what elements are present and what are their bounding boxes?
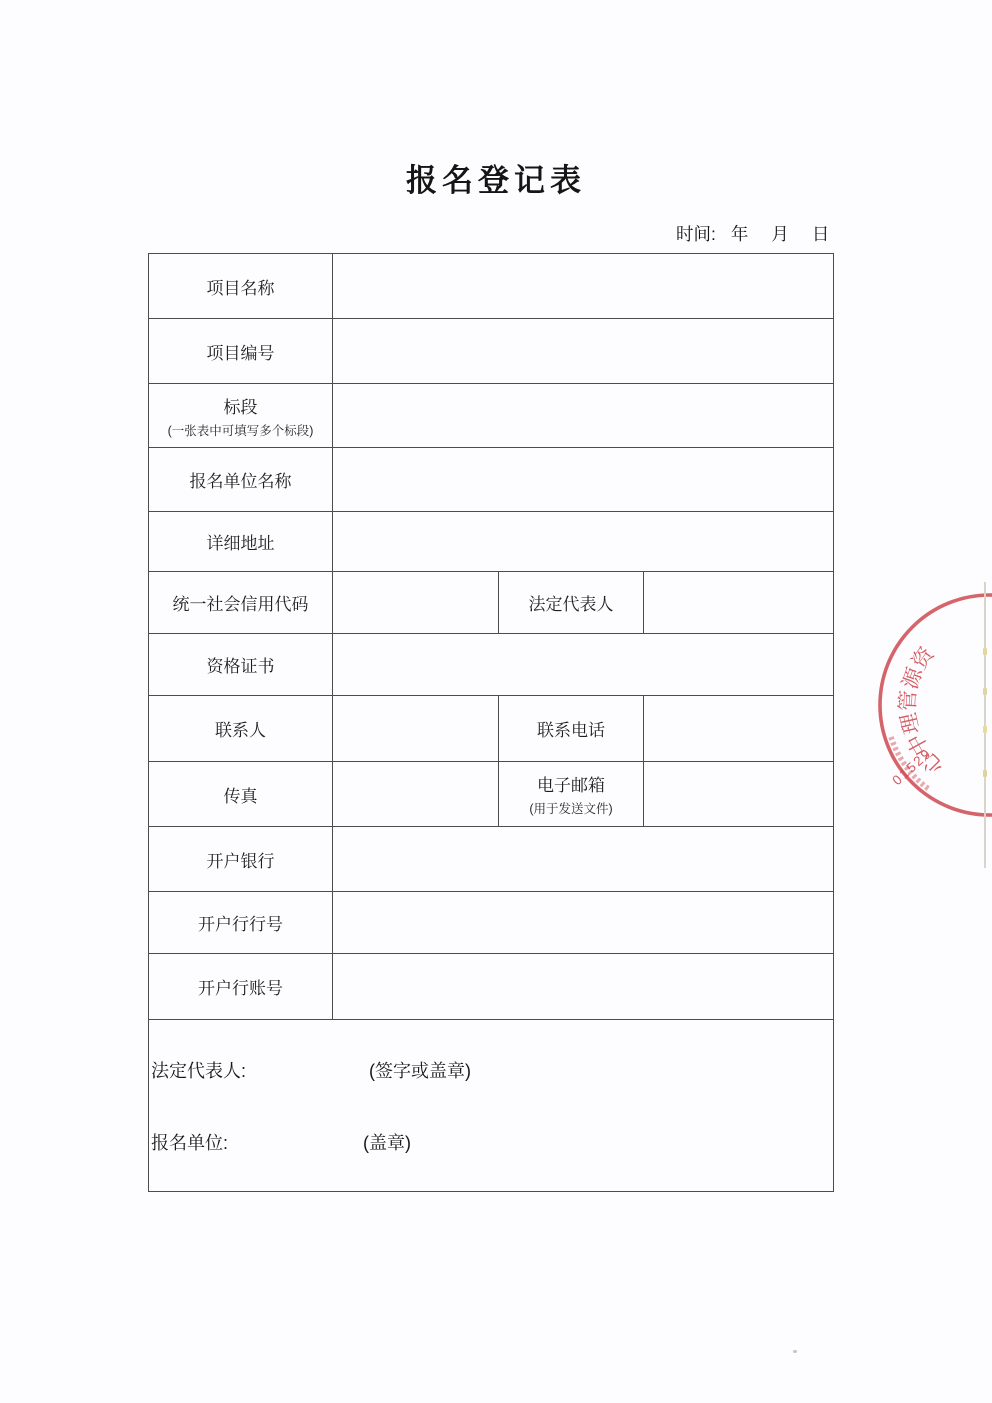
bank-name-label: 开户银行 <box>149 827 333 892</box>
email-label-note: (用于发送文件) <box>501 799 641 817</box>
credit-code-label: 统一社会信用代码 <box>149 572 333 634</box>
bid-section-label-main: 标段 <box>151 393 330 418</box>
email-label: 电子邮箱 (用于发送文件) <box>499 762 644 827</box>
signature-legal-rep-label: 法定代表人: <box>151 1057 246 1083</box>
qualification-label: 资格证书 <box>149 634 333 696</box>
address-label: 详细地址 <box>149 512 333 572</box>
bid-section-field <box>333 384 834 448</box>
email-label-main: 电子邮箱 <box>501 771 641 796</box>
project-name-field <box>333 254 834 319</box>
scan-artifact <box>983 648 987 655</box>
date-label: 时间: <box>676 221 716 246</box>
legal-rep-label: 法定代表人 <box>499 572 644 634</box>
email-field <box>644 762 834 827</box>
scan-artifact <box>983 770 987 777</box>
bank-branch-number-label: 开户行行号 <box>149 892 333 954</box>
contact-person-field <box>333 696 499 762</box>
paper-edge-line <box>984 582 986 868</box>
row-project-name: 项目名称 <box>149 254 834 319</box>
registration-table: 项目名称 项目编号 标段 (一张表中可填写多个标段) 报名单位名称 详细地址 <box>148 253 834 1192</box>
seal-arc-char: 管 <box>897 690 921 712</box>
row-bank-name: 开户银行 <box>149 827 834 892</box>
bank-name-field <box>333 827 834 892</box>
bid-section-label: 标段 (一张表中可填写多个标段) <box>149 384 333 448</box>
row-contact: 联系人 联系电话 <box>149 696 834 762</box>
official-seal-stamp: 资 源 管 理 中 心 01529 <box>830 560 992 880</box>
project-number-label: 项目编号 <box>149 319 333 384</box>
row-qualification: 资格证书 <box>149 634 834 696</box>
date-month-label: 月 <box>771 221 789 246</box>
page-title: 报名登记表 <box>0 155 992 200</box>
row-project-number: 项目编号 <box>149 319 834 384</box>
bank-account-field <box>333 954 834 1020</box>
row-bid-section: 标段 (一张表中可填写多个标段) <box>149 384 834 448</box>
date-day-label: 日 <box>812 221 830 246</box>
row-bank-account: 开户行账号 <box>149 954 834 1020</box>
contact-phone-label: 联系电话 <box>499 696 644 762</box>
row-fax-email: 传真 电子邮箱 (用于发送文件) <box>149 762 834 827</box>
scanned-form-page: 报名登记表 时间:年月日 项目名称 项目编号 标段 (一张表中可填写多个标段) <box>0 0 992 1403</box>
date-line: 时间:年月日 <box>676 221 829 246</box>
credit-code-field <box>333 572 499 634</box>
unit-name-field <box>333 448 834 512</box>
contact-phone-field <box>644 696 834 762</box>
bank-account-label: 开户行账号 <box>149 954 333 1020</box>
row-unit-name: 报名单位名称 <box>149 448 834 512</box>
seal-graphic: 资 源 管 理 中 心 01529 <box>830 560 992 880</box>
row-address: 详细地址 <box>149 512 834 572</box>
row-credit-code: 统一社会信用代码 法定代表人 <box>149 572 834 634</box>
project-name-label: 项目名称 <box>149 254 333 319</box>
contact-person-label: 联系人 <box>149 696 333 762</box>
signature-legal-rep-note: (签字或盖章) <box>369 1057 471 1083</box>
project-number-field <box>333 319 834 384</box>
row-signature-block: 法定代表人: (签字或盖章) 报名单位: (盖章) <box>149 1020 834 1192</box>
date-year-label: 年 <box>731 221 749 246</box>
bank-branch-number-field <box>333 892 834 954</box>
qualification-field <box>333 634 834 696</box>
bid-section-label-note: (一张表中可填写多个标段) <box>151 421 330 439</box>
signature-unit-note: (盖章) <box>363 1129 411 1155</box>
signature-unit-label: 报名单位: <box>151 1129 228 1155</box>
scan-artifact <box>983 688 987 695</box>
fax-label: 传真 <box>149 762 333 827</box>
unit-name-label: 报名单位名称 <box>149 448 333 512</box>
signature-block: 法定代表人: (签字或盖章) 报名单位: (盖章) <box>149 1020 834 1192</box>
legal-rep-field <box>644 572 834 634</box>
dust-speck <box>793 1350 797 1353</box>
scan-artifact <box>983 726 987 733</box>
fax-field <box>333 762 499 827</box>
row-bank-branch-number: 开户行行号 <box>149 892 834 954</box>
address-field <box>333 512 834 572</box>
